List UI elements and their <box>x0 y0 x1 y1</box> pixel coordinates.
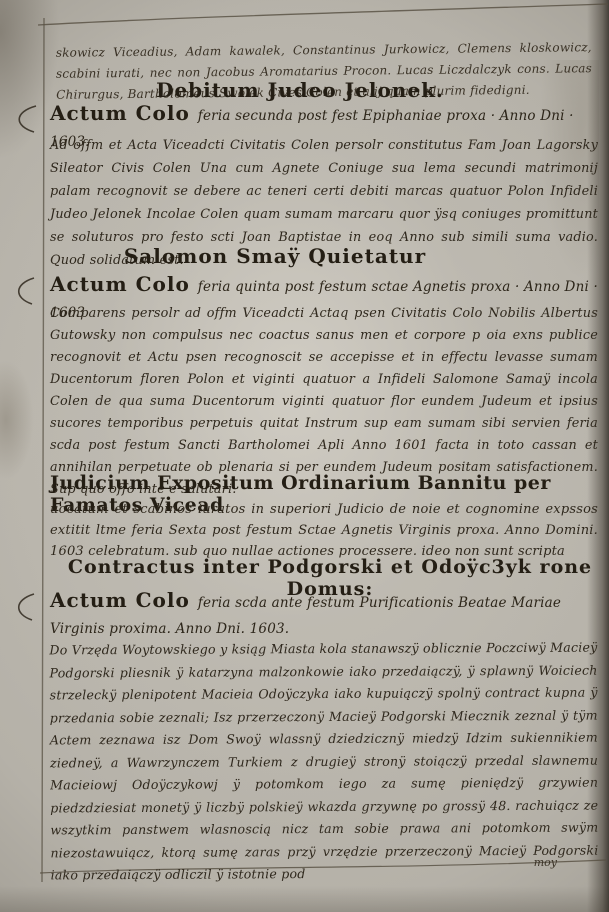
actum-lead-word: Actum Colo <box>50 272 190 296</box>
page-edge-shadow <box>0 886 609 912</box>
entry-body-contractus: Do Vrzęda Woytowskiego y ksiąg Miasta ko… <box>49 637 598 887</box>
actum-lead-word: Actum Colo <box>50 101 190 125</box>
entry-heading-salomon: Salomon Smaÿ Quietatur <box>40 244 510 268</box>
catchword: moy <box>534 856 557 869</box>
actum-dateline-3: Actum Coloferia scda ante festum Purific… <box>50 587 598 642</box>
manuscript-page-photo: skowicz Viceadius, Adam kawalek, Constan… <box>0 0 609 912</box>
entry-body-judicium: uocatum et scabinos iuratos in superiori… <box>50 499 598 562</box>
entry-heading-debitum: Debitum Judeo Jelonek. <box>55 78 545 102</box>
paper-stain <box>0 360 34 480</box>
actum-lead-word: Actum Colo <box>50 588 190 612</box>
